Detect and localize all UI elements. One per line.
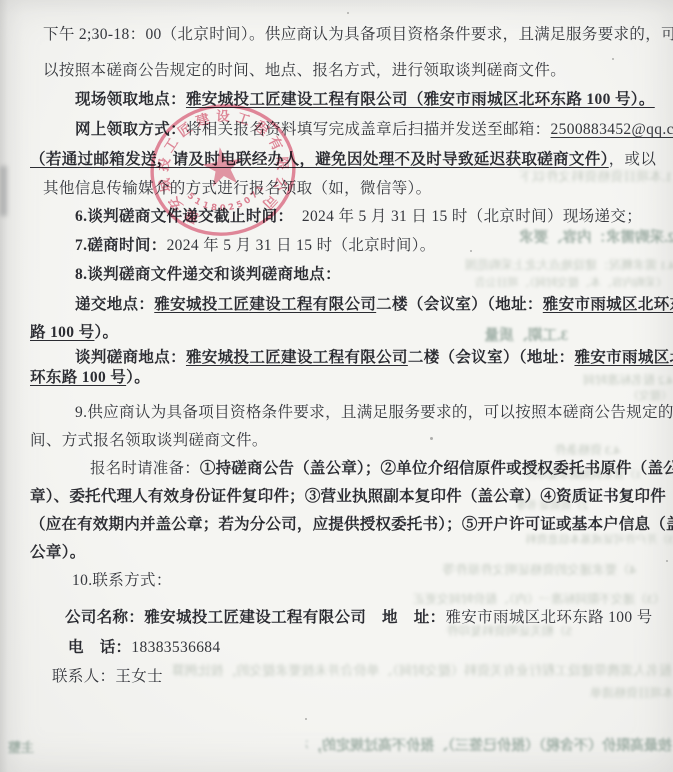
doc-line: 电 话：18383536684 bbox=[68, 637, 221, 658]
scanned-document-page: 1.本项目资格资料文件以下 2.采购需求：内容、要求 4.1 需求概况：建设地点… bbox=[0, 0, 673, 772]
requirements-text: ①持磋商公告（盖公章）；②单位介绍信原件或授权委托书原件（盖公 bbox=[200, 460, 673, 477]
phone-number: 18383536684 bbox=[131, 639, 220, 656]
bleedthrough-text: 主整 bbox=[0, 737, 34, 756]
body-text: 间、方式报名领取谈判磋商文件。 bbox=[30, 432, 268, 449]
bleedthrough-text: 报名人需携带建设工程行业有关资料（提交时间）、单价合并未按要求提交的，按比例算 bbox=[100, 660, 672, 679]
scan-speck bbox=[660, 302, 662, 304]
field-label: 公司名称： bbox=[65, 609, 144, 626]
company-name: 雅安城投工匠建设工程有限公司 bbox=[154, 296, 376, 313]
body-text: ）。 bbox=[126, 369, 150, 386]
field-label: 电 话： bbox=[68, 639, 131, 656]
field-label: 地 址： bbox=[366, 609, 445, 626]
body-text: ，或以 bbox=[609, 151, 657, 168]
doc-line: 10.联系方式： bbox=[72, 570, 172, 591]
field-label: 联系人： bbox=[52, 668, 115, 685]
bleedthrough-text: 4）要求递交的资格证明文件原件等 bbox=[378, 560, 636, 578]
requirements-text: （应在有效期内并盖公章；若为分公司，应提供授权委托书）；⑤开户许可证或基本户信息… bbox=[30, 516, 673, 533]
field-label: 报名时请准备： bbox=[90, 460, 200, 477]
address-text: 环东路 100 号 bbox=[30, 369, 126, 386]
bleedthrough-text: 3.工期、质量 bbox=[450, 324, 568, 345]
address-text: 雅安市雨城区北 bbox=[574, 349, 673, 366]
doc-line: 8.谈判磋商文件递交和谈判磋商地点： bbox=[75, 264, 341, 285]
star-icon bbox=[200, 144, 245, 187]
bleedthrough-text: 4.2 报名标准时间 bbox=[553, 371, 673, 388]
body-text: 以按照本磋商公告规定的时间、地点、报名方式，进行领取谈判磋商文件。 bbox=[43, 62, 566, 79]
doc-line: 以按照本磋商公告规定的时间、地点、报名方式，进行领取谈判磋商文件。 bbox=[43, 60, 566, 81]
bleedthrough-text: （提交） bbox=[596, 387, 672, 403]
bleedthrough-text: （采购内容、本、提交时间）、项目公告 bbox=[462, 274, 667, 290]
doc-line: 公司名称：雅安城投工匠建设工程有限公司 地 址：雅安市雨城区北环东路 100 号 bbox=[65, 607, 653, 628]
deadline-value: 2024 年 5 月 31 日 15 时（北京时间）现场递交； bbox=[293, 208, 642, 225]
bleedthrough-text: （3）递交不限同标准一（内）、报价时间交更正 bbox=[387, 590, 665, 607]
body-text: ）。 bbox=[94, 324, 118, 341]
company-name: 雅安城投工匠建设工程有限公司 bbox=[144, 609, 366, 626]
body-text: 9.供应商认为具备项目资格条件要求，且满足服务要求的，可以按照本磋商公告规定的时 bbox=[75, 404, 673, 421]
doc-line: 环东路 100 号）。 bbox=[30, 367, 150, 388]
address-text: 雅安市雨城区北环东 bbox=[543, 296, 673, 313]
doc-line: 报名时请准备：①持磋商公告（盖公章）；②单位介绍信原件或授权委托书原件（盖公 bbox=[90, 458, 673, 479]
doc-line: 谈判磋商地点：雅安城投工匠建设工程有限公司二楼（会议室）（地址：雅安市雨城区北 bbox=[75, 347, 673, 368]
section-heading: 8.谈判磋商文件递交和谈判磋商地点： bbox=[75, 266, 341, 283]
scan-speck bbox=[470, 250, 472, 252]
bleedthrough-text: 本项目资格清单 bbox=[590, 684, 673, 701]
bleedthrough-text: 4.3 资格条件 bbox=[495, 441, 620, 458]
body-text: 二楼（会议室）（地址： bbox=[376, 296, 543, 313]
doc-line: 章）、委托代理人有效身份证件复印件；③营业执照副本复印件（盖公章）④资质证书复印… bbox=[30, 486, 666, 507]
scan-speck bbox=[305, 718, 307, 720]
doc-line: 路 100 号）。 bbox=[30, 322, 118, 343]
scan-speck bbox=[666, 560, 668, 562]
section-heading: 10.联系方式： bbox=[72, 572, 172, 589]
doc-line: 联系人：王女士 bbox=[52, 666, 163, 687]
email-address: 2500883452@qq.com bbox=[551, 121, 673, 138]
doc-line: 递交地点：雅安城投工匠建设工程有限公司二楼（会议室）（地址：雅安市雨城区北环东 bbox=[75, 294, 673, 315]
warning-note: （若通过邮箱发送，请及时电联经办人，避免因处理不及时导致延迟获取磋商文件） bbox=[30, 151, 609, 168]
doc-line: （应在有效期内并盖公章；若为分公司，应提供授权委托书）；⑤开户许可证或基本户信息… bbox=[30, 514, 673, 535]
field-label: 递交地点： bbox=[75, 296, 154, 313]
scan-speck bbox=[430, 437, 433, 440]
company-seal: 雅安城投工匠建设工程有限公司 5118025071 bbox=[128, 92, 318, 252]
bleedthrough-text: 4.1 需求概况：建设地点大北上采购范围 bbox=[437, 256, 673, 273]
body-text: 二楼（会议室）（地址： bbox=[408, 349, 575, 366]
bleedthrough-text: 2.采购需求：内容、要求 bbox=[515, 226, 673, 247]
company-name: 雅安城投工匠建设工程有限公司 bbox=[186, 349, 408, 366]
requirements-text: 公章）。 bbox=[30, 544, 86, 561]
requirements-text: 章）、委托代理人有效身份证件复印件；③营业执照副本复印件（盖公章）④资质证书复印… bbox=[30, 488, 666, 505]
bleedthrough-text: 按最高限价（不含税）（报价已签三）、报价不高过规定的，相应按比例调整 bbox=[306, 735, 672, 755]
contact-person: 王女士 bbox=[115, 668, 163, 685]
scan-smudge bbox=[0, 166, 7, 216]
address-text: 雅安市雨城区北环东路 100 号 bbox=[445, 609, 652, 626]
doc-line: 间、方式报名领取谈判磋商文件。 bbox=[30, 430, 268, 451]
doc-line: 9.供应商认为具备项目资格条件要求，且满足服务要求的，可以按照本磋商公告规定的时 bbox=[75, 402, 673, 423]
scan-speck bbox=[612, 58, 614, 60]
body-text: 下午 2;30-18：00（北京时间）。供应商认为具备项目资格条件要求，且满足服… bbox=[43, 26, 673, 43]
doc-line: 下午 2;30-18：00（北京时间）。供应商认为具备项目资格条件要求，且满足服… bbox=[43, 24, 673, 45]
scan-speck bbox=[347, 12, 349, 14]
scan-speck bbox=[95, 36, 97, 38]
doc-line: 公章）。 bbox=[30, 542, 86, 563]
address-text: 路 100 号 bbox=[30, 324, 94, 341]
doc-line: （若通过邮箱发送，请及时电联经办人，避免因处理不及时导致延迟获取磋商文件），或以 bbox=[30, 149, 656, 170]
field-label: 谈判磋商地点： bbox=[75, 349, 186, 366]
